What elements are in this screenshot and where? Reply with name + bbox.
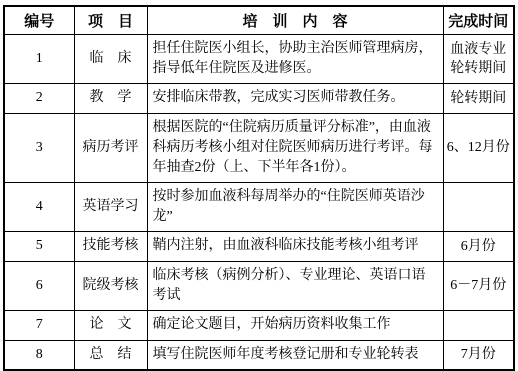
row-time-cell: 轮转期间	[443, 83, 514, 113]
row-content-cell: 担任住院医小组长，协助主治医师管理病房，指导低年住院医及进修医。	[147, 34, 443, 83]
row-time-cell	[443, 310, 514, 333]
row-time-cell: 血液专业轮转期间	[443, 34, 514, 83]
table-row: 4英语学习按时参加血液科每周举办的“住院医师英语沙龙”	[4, 182, 514, 231]
training-schedule-table: 编号 项 目 培 训 内 容 完成时间 1临 床担任住院医小组长，协助主治医师管…	[3, 5, 515, 333]
table-row: 6院级考核临床考核（病例分析）、专业理论、英语口语考试6－7月份	[4, 261, 514, 310]
row-content-cell: 确定论文题目，开始病历资料收集工作	[147, 310, 443, 333]
row-item-cell: 病历考评	[74, 113, 147, 182]
row-content-cell: 按时参加血液科每周举办的“住院医师英语沙龙”	[147, 182, 443, 231]
row-number-cell: 6	[4, 261, 74, 310]
row-number-cell: 2	[4, 83, 74, 113]
row-time-cell: 6、12月份	[443, 113, 514, 182]
row-item-cell: 教 学	[74, 83, 147, 113]
table-body: 1临 床担任住院医小组长，协助主治医师管理病房，指导低年住院医及进修医。血液专业…	[4, 34, 514, 333]
table-row: 1临 床担任住院医小组长，协助主治医师管理病房，指导低年住院医及进修医。血液专业…	[4, 34, 514, 83]
row-content-cell: 临床考核（病例分析）、专业理论、英语口语考试	[147, 261, 443, 310]
table-row: 3病历考评根据医院的“住院病历质量评分标准”，由血液科病历考核小组对住院医师病历…	[4, 113, 514, 182]
row-content-cell: 鞘内注射，由血液科临床技能考核小组考评	[147, 231, 443, 261]
table-row: 5技能考核鞘内注射，由血液科临床技能考核小组考评6月份	[4, 231, 514, 261]
header-row: 编号 项 目 培 训 内 容 完成时间	[4, 6, 514, 34]
row-item-cell: 技能考核	[74, 231, 147, 261]
row-time-cell: 6－7月份	[443, 261, 514, 310]
table-row: 7论 文确定论文题目，开始病历资料收集工作	[4, 310, 514, 333]
row-number-cell: 4	[4, 182, 74, 231]
row-number-cell: 1	[4, 34, 74, 83]
row-content-cell: 安排临床带教，完成实习医师带教任务。	[147, 83, 443, 113]
header-item: 项 目	[74, 6, 147, 34]
header-completion-time: 完成时间	[443, 6, 514, 34]
row-number-cell: 5	[4, 231, 74, 261]
header-number: 编号	[4, 6, 74, 34]
table-row: 2教 学安排临床带教，完成实习医师带教任务。轮转期间	[4, 83, 514, 113]
table-header: 编号 项 目 培 训 内 容 完成时间	[4, 6, 514, 34]
row-number-cell: 3	[4, 113, 74, 182]
row-item-cell: 临 床	[74, 34, 147, 83]
row-item-cell: 论 文	[74, 310, 147, 333]
row-time-cell	[443, 182, 514, 231]
row-item-cell: 院级考核	[74, 261, 147, 310]
header-training-content: 培 训 内 容	[147, 6, 443, 34]
row-number-cell: 7	[4, 310, 74, 333]
row-time-cell: 6月份	[443, 231, 514, 261]
row-content-cell: 根据医院的“住院病历质量评分标准”，由血液科病历考核小组对住院医师病历进行考评。…	[147, 113, 443, 182]
row-item-cell: 英语学习	[74, 182, 147, 231]
